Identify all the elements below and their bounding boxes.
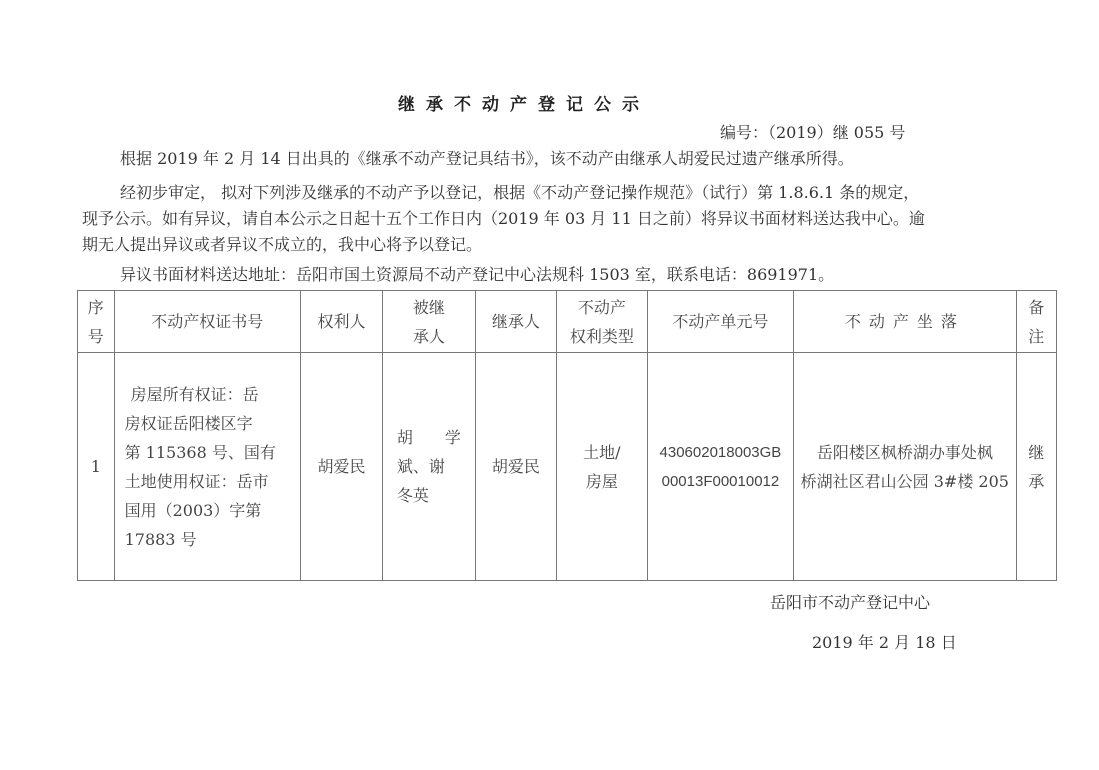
header-cert: 不动产权证书号 xyxy=(114,291,300,353)
header-decedent: 被继 承人 xyxy=(382,291,475,353)
cell-heir: 胡爱民 xyxy=(475,353,556,581)
header-note: 备 注 xyxy=(1016,291,1057,353)
document-title: 继承不动产登记公示 xyxy=(398,90,650,115)
header-right-type: 不动产 权利类型 xyxy=(556,291,647,353)
cell-unit-no: 430602018003GB 00013F00010012 xyxy=(647,353,793,581)
paragraph-address: 异议书面材料送达地址：岳阳市国土资源局不动产登记中心法规科 1503 室，联系电… xyxy=(120,262,834,288)
cell-cert: 房屋所有权证：岳 房权证岳阳楼区字 第 115368 号、国有 土地使用权证：岳… xyxy=(114,353,300,581)
header-owner: 权利人 xyxy=(300,291,382,353)
paragraph-review: 经初步审定， 拟对下列涉及继承的不动产予以登记，根据《不动产登记操作规范》（试行… xyxy=(120,180,919,206)
header-location: 不动产坐落 xyxy=(794,291,1016,353)
table-header-row: 序 号 不动产权证书号 权利人 被继 承人 继承人 不动产 权利类型 不动产单元… xyxy=(78,291,1057,353)
cell-decedent: 胡 学 斌、谢 冬英 xyxy=(382,353,475,581)
cell-location: 岳阳楼区枫桥湖办事处枫 桥湖社区君山公园 3#楼 205 xyxy=(794,353,1016,581)
header-unit-no: 不动产单元号 xyxy=(647,291,793,353)
issuer-signature: 岳阳市不动产登记中心 xyxy=(770,590,930,613)
header-heir: 继承人 xyxy=(475,291,556,353)
issue-date: 2019 年 2 月 18 日 xyxy=(812,630,957,653)
paragraph-review-end: 期无人提出异议或者异议不成立的，我中心将予以登记。 xyxy=(82,232,482,258)
cell-note: 继 承 xyxy=(1016,353,1057,581)
registration-table: 序 号 不动产权证书号 权利人 被继 承人 继承人 不动产 权利类型 不动产单元… xyxy=(77,290,1057,581)
document-number: 编号：（2019）继 055 号 xyxy=(720,120,905,143)
paragraph-basis: 根据 2019 年 2 月 14 日出具的《继承不动产登记具结书》，该不动产由继… xyxy=(120,146,854,172)
cell-seq: 1 xyxy=(78,353,115,581)
table-row: 1 房屋所有权证：岳 房权证岳阳楼区字 第 115368 号、国有 土地使用权证… xyxy=(78,353,1057,581)
cell-owner: 胡爱民 xyxy=(300,353,382,581)
cell-right-type: 土地/ 房屋 xyxy=(556,353,647,581)
paragraph-review-cont: 现予公示。如有异议，请自本公示之日起十五个工作日内（2019 年 03 月 11… xyxy=(82,206,925,232)
header-seq: 序 号 xyxy=(78,291,115,353)
